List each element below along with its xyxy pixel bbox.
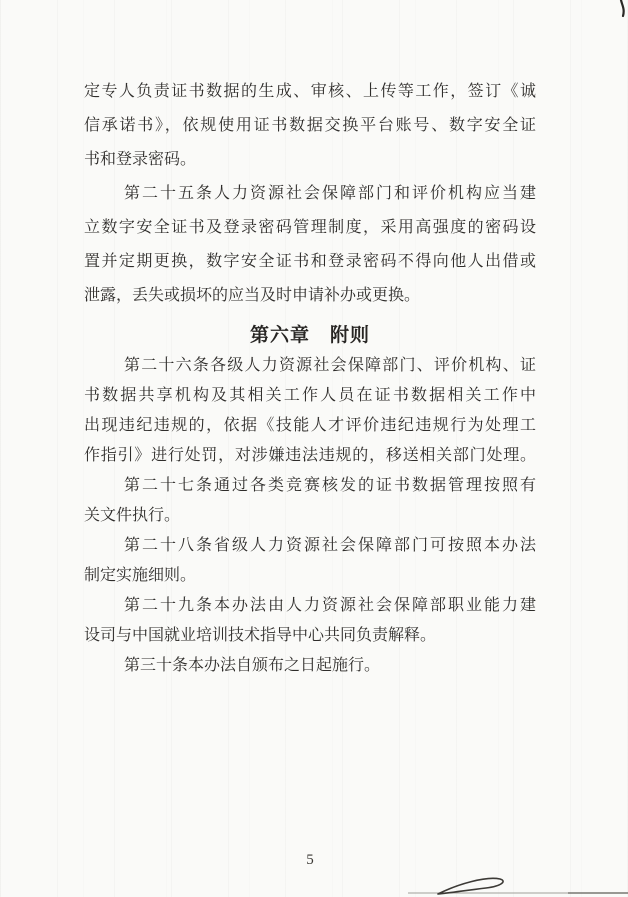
text-line: 设司与中国就业培训技术指导中心共同负责解释。 [84,621,536,651]
text-line: 制定实施细则。 [84,561,536,591]
text-line: 第二十六条各级人力资源社会保障部门、评价机构、证 [84,351,536,381]
text-line: 信承诺书》，依规使用证书数据交换平台账号、数字安全证 [84,109,536,143]
text-line: 置并定期更换，数字安全证书和登录密码不得向他人出借或 [84,245,536,279]
text-line: 书数据共享机构及其相关工作人员在证书数据相关工作中 [84,381,536,411]
document-body: 定专人负责证书数据的生成、审核、上传等工作，签订《诚信承诺书》，依规使用证书数据… [84,75,536,681]
text-line: 立数字安全证书及登录密码管理制度，采用高强度的密码设 [84,211,536,245]
text-line: 出现违纪违规的，依据《技能人才评价违纪违规行为处理工 [84,411,536,441]
text-line: 第二十七条通过各类竞赛核发的证书数据管理按照有 [84,471,536,501]
page-number: 5 [84,852,536,869]
corner-scan-artifact [612,0,628,20]
text-line: 书和登录密码。 [84,143,536,177]
page-curl-artifact [408,867,628,897]
text-line: 第二十五条人力资源社会保障部门和评价机构应当建 [84,177,536,211]
text-line: 泄露，丢失或损坏的应当及时申请补办或更换。 [84,279,536,313]
text-line: 作指引》进行处罚，对涉嫌违法违规的，移送相关部门处理。 [84,441,536,471]
chapter-heading: 第六章 附则 [84,321,536,351]
document-page: 定专人负责证书数据的生成、审核、上传等工作，签订《诚信承诺书》，依规使用证书数据… [0,0,628,897]
text-line: 关文件执行。 [84,501,536,531]
text-line: 第二十九条本办法由人力资源社会保障部职业能力建 [84,591,536,621]
text-line: 第二十八条省级人力资源社会保障部门可按照本办法 [84,531,536,561]
text-line: 第三十条本办法自颁布之日起施行。 [84,651,536,681]
text-line: 定专人负责证书数据的生成、审核、上传等工作，签订《诚 [84,75,536,109]
